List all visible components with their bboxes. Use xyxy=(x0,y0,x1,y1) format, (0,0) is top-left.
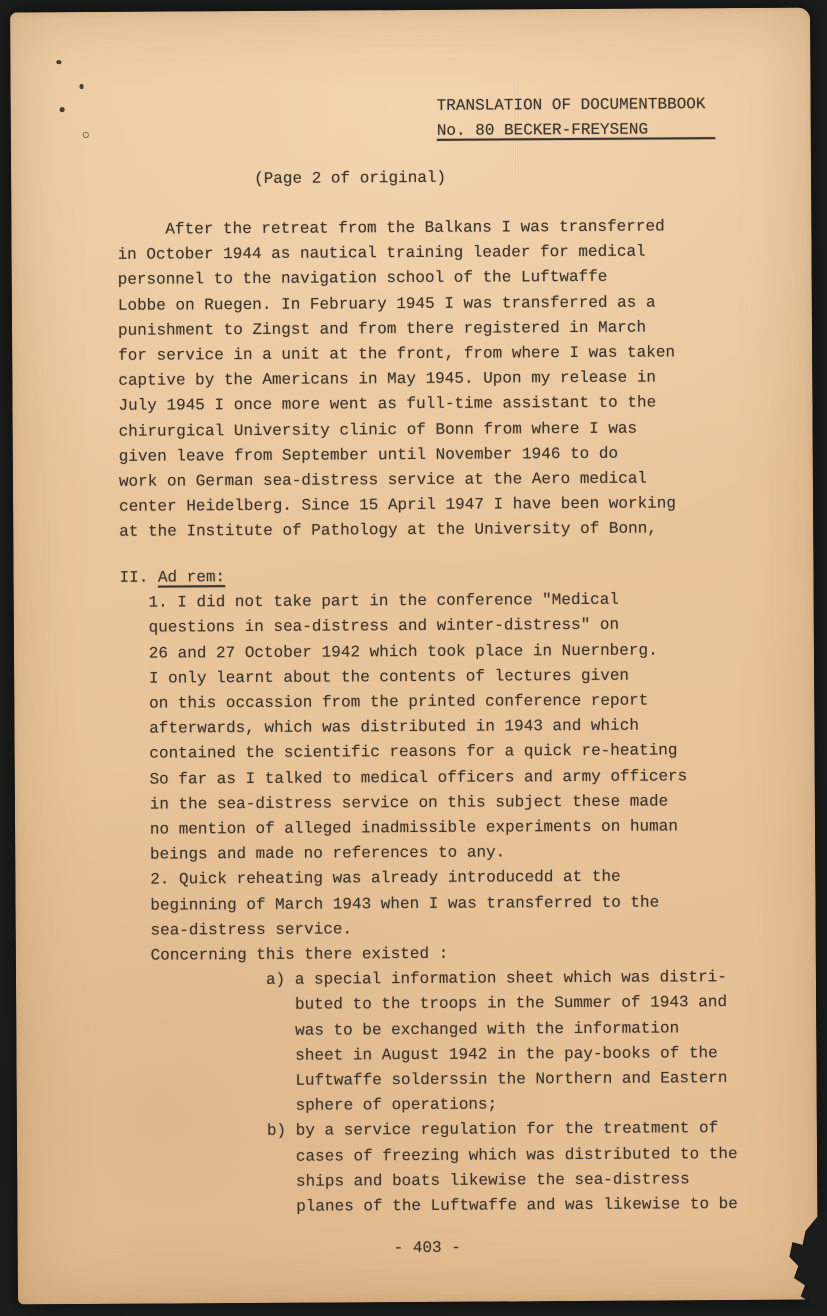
text-line: on this occassion from the printed confe… xyxy=(120,688,735,717)
text-line: 26 and 27 October 1942 which took place … xyxy=(120,638,735,667)
page-number: - 403 - xyxy=(394,1236,461,1262)
text-line: sphere of operations; xyxy=(123,1091,738,1120)
text-line: work on German sea-distress service at t… xyxy=(119,466,676,495)
ink-speck xyxy=(56,60,61,64)
text-line: July 1945 I once more went as full-time … xyxy=(118,391,675,420)
text-line: Luftwaffe solderssin the Northern and Ea… xyxy=(123,1066,738,1095)
document-header: TRANSLATION OF DOCUMENTBBOOKNo. 80 BECKE… xyxy=(437,92,716,144)
underlined-text: Ad rem: xyxy=(158,568,225,586)
text-line: for service in a unit at the front, from… xyxy=(118,340,675,369)
text-line: sea-distress service. xyxy=(122,915,737,944)
text-line: planes of the Luftwaffe and was likewise… xyxy=(123,1192,738,1221)
text-line: given leave from September until Novembe… xyxy=(119,441,676,470)
torn-corner xyxy=(783,1212,827,1304)
text-line: cases of freezing which was distributed … xyxy=(123,1142,738,1171)
text-line: 1. I did not take part in the conference… xyxy=(120,587,735,616)
text-line: was to be exchanged with the information xyxy=(122,1016,737,1045)
text-line: beings and made no references to any. xyxy=(121,839,736,868)
text-line: 2. Quick reheating was already introduce… xyxy=(121,864,736,893)
ink-speck xyxy=(83,132,89,138)
scan-background: TRANSLATION OF DOCUMENTBBOOKNo. 80 BECKE… xyxy=(0,0,827,1316)
text-line: chirurgical University clinic of Bonn fr… xyxy=(119,416,676,445)
page-note: (Page 2 of original) xyxy=(254,166,446,192)
text-line: punishment to Zingst and from there regi… xyxy=(118,315,675,344)
section-ad-rem: II. Ad rem: 1. I did not take part in th… xyxy=(119,562,737,1221)
text-line: No. 80 BECKER-FREYSENG xyxy=(437,117,716,144)
text-line: II. Ad rem: xyxy=(119,562,734,591)
ink-speck xyxy=(60,107,65,112)
text-line: in the sea-distress service on this subj… xyxy=(121,789,736,818)
text-line: TRANSLATION OF DOCUMENTBBOOK xyxy=(437,92,716,119)
document-page: TRANSLATION OF DOCUMENTBBOOKNo. 80 BECKE… xyxy=(10,8,818,1305)
text-line: questions in sea-distress and winter-dis… xyxy=(120,612,735,641)
text-segment: II. xyxy=(119,569,158,587)
text-line: at the Institute of Pathology at the Uni… xyxy=(119,517,676,546)
text-line: So far as I talked to medical officers a… xyxy=(121,764,736,793)
text-line: beginning of March 1943 when I was trans… xyxy=(121,890,736,919)
text-line: sheet in August 1942 in the pay-books of… xyxy=(122,1041,737,1070)
biography-paragraph: After the retreat from the Balkans I was… xyxy=(117,214,676,545)
text-line: center Heidelberg. Since 15 April 1947 I… xyxy=(119,492,676,521)
text-line: personnel to the navigation school of th… xyxy=(118,265,675,294)
text-line: captive by the Americans in May 1945. Up… xyxy=(118,366,675,395)
text-line: in October 1944 as nautical training lea… xyxy=(117,240,674,269)
text-line: b) by a service regulation for the treat… xyxy=(123,1117,738,1146)
ink-speck xyxy=(79,84,83,89)
text-line: a) a special information sheet which was… xyxy=(122,965,737,994)
text-line: afterwards, which was distributed in 194… xyxy=(120,713,735,742)
text-line: Lobbe on Ruegen. In February 1945 I was … xyxy=(118,290,675,319)
underlined-text: No. 80 BECKER-FREYSENG xyxy=(437,120,716,140)
text-line: no mention of alleged inadmissible exper… xyxy=(121,814,736,843)
text-line: After the retreat from the Balkans I was… xyxy=(117,214,674,243)
text-line: ships and boats likewise the sea-distres… xyxy=(123,1167,738,1196)
text-line: Concerning this there existed : xyxy=(122,940,737,969)
text-line: contained the scientific reasons for a q… xyxy=(121,738,736,767)
text-line: I only learnt about the contents of lect… xyxy=(120,663,735,692)
text-line: buted to the troops in the Summer of 194… xyxy=(122,990,737,1019)
